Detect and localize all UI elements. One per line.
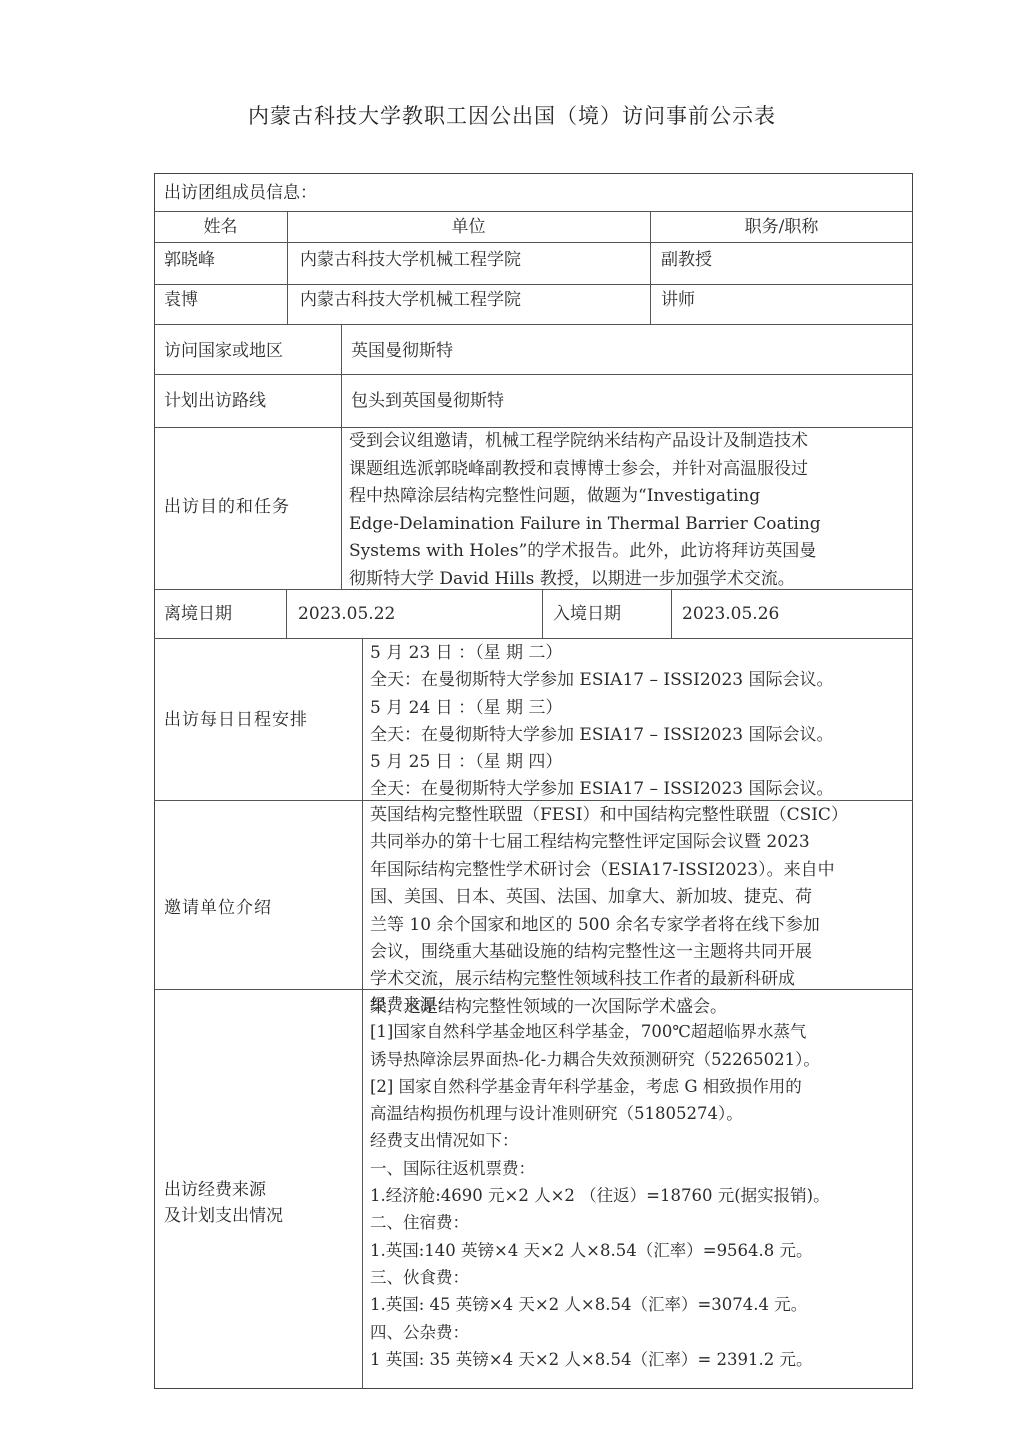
schedule-day: 5 月 24 日 ：（星 期 三）	[370, 695, 910, 722]
schedule-label: 出访每日日程安排	[164, 710, 308, 730]
member-name: 袁博	[164, 290, 198, 310]
purpose-line: 彻斯特大学 David Hills 教授，以期进一步加强学术交流。	[349, 566, 905, 594]
header-name: 姓名	[154, 217, 287, 237]
funding-line: 三、伙食费：	[370, 1264, 910, 1291]
purpose-line: Edge-Delamination Failure in Thermal Bar…	[349, 511, 905, 539]
inviter-line: 英国结构完整性联盟（FESI）和中国结构完整性联盟（CSIC）	[370, 802, 906, 829]
divider	[154, 324, 913, 325]
purpose-line: 课题组选派郭晓峰副教授和袁博博士参会，并针对高温服役过	[349, 456, 905, 484]
schedule-day: 5 月 23 日 ：（星 期 二）	[370, 640, 910, 667]
members-section-label: 出访团组成员信息：	[164, 183, 317, 203]
member-title: 讲师	[661, 290, 695, 310]
funding-line: 高温结构损伤机理与设计准则研究（51805274）。	[370, 1100, 910, 1127]
header-unit: 单位	[287, 217, 650, 237]
divider	[341, 324, 342, 589]
divider	[154, 374, 913, 375]
purpose-line: Systems with Holes”的学术报告。此外，此访将拜访英国曼	[349, 538, 905, 566]
schedule-day: 5 月 25 日 ：（星 期 四）	[370, 749, 910, 776]
divider	[286, 589, 287, 638]
purpose-label: 出访目的和任务	[164, 497, 290, 517]
depart-date-label: 离境日期	[164, 604, 232, 624]
funding-line: 1 英国: 35 英镑×4 天×2 人×8.54（汇率）= 2391.2 元。	[370, 1346, 910, 1373]
funding-line: 经费支出情况如下：	[370, 1127, 910, 1154]
divider	[154, 211, 913, 212]
divider	[154, 638, 913, 639]
member-unit: 内蒙古科技大学机械工程学院	[300, 290, 521, 310]
funding-line: 一、国际往返机票费：	[370, 1155, 910, 1182]
depart-date-value: 2023.05.22	[298, 604, 395, 624]
funding-label-line1: 出访经费来源	[164, 1180, 266, 1200]
funding-line: 二、住宿费：	[370, 1209, 910, 1236]
country-value: 英国曼彻斯特	[351, 341, 453, 361]
return-date-value: 2023.05.26	[682, 604, 779, 624]
header-title: 职务/职称	[650, 217, 913, 237]
purpose-line: 受到会议组邀请，机械工程学院纳米结构产品设计及制造技术	[349, 428, 905, 456]
schedule-activity: 全天：在曼彻斯特大学参加 ESIA17 – ISSI2023 国际会议。	[370, 667, 910, 694]
funding-line: [1]国家自然科学基金地区科学基金，700℃超超临界水蒸气	[370, 1018, 910, 1045]
inviter-line: 共同举办的第十七届工程结构完整性评定国际会议暨 2023	[370, 829, 906, 856]
country-label: 访问国家或地区	[164, 341, 283, 361]
divider	[362, 638, 363, 1389]
route-value: 包头到英国曼彻斯特	[351, 391, 504, 411]
purpose-line: 程中热障涂层结构完整性问题，做题为“Investigating	[349, 483, 905, 511]
funding-line: 1.英国: 45 英镑×4 天×2 人×8.54（汇率）=3074.4 元。	[370, 1291, 910, 1318]
schedule-activity: 全天：在曼彻斯特大学参加 ESIA17 – ISSI2023 国际会议。	[370, 722, 910, 749]
return-date-label: 入境日期	[553, 604, 621, 624]
member-title: 副教授	[661, 250, 712, 270]
funding-line: 四、公杂费：	[370, 1319, 910, 1346]
divider	[154, 284, 913, 285]
route-label: 计划出访路线	[164, 391, 266, 411]
inviter-line: 年国际结构完整性学术研讨会（ESIA17-ISSI2023）。来自中	[370, 857, 906, 884]
inviter-line: 学术交流，展示结构完整性领域科技工作者的最新科研成	[370, 966, 906, 993]
member-name: 郭晓峰	[164, 250, 215, 270]
funding-label-line2: 及计划支出情况	[164, 1206, 283, 1226]
funding-line: [2] 国家自然科学基金青年科学基金，考虑 G 相致损作用的	[370, 1073, 910, 1100]
divider	[154, 242, 913, 243]
schedule-text: 5 月 23 日 ：（星 期 二） 全天：在曼彻斯特大学参加 ESIA17 – …	[370, 640, 910, 804]
inviter-line: 会议，围绕重大基础设施的结构完整性这一主题将共同开展	[370, 939, 906, 966]
inviter-line: 兰等 10 余个国家和地区的 500 余名专家学者将在线下参加	[370, 912, 906, 939]
divider	[671, 589, 672, 638]
funding-line: 1.经济舱:4690 元×2 人×2 （往返）=18760 元(据实报销)。	[370, 1182, 910, 1209]
member-unit: 内蒙古科技大学机械工程学院	[300, 250, 521, 270]
schedule-activity: 全天：在曼彻斯特大学参加 ESIA17 – ISSI2023 国际会议。	[370, 776, 910, 803]
funding-line: 经费来源：	[370, 991, 910, 1018]
purpose-text: 受到会议组邀请，机械工程学院纳米结构产品设计及制造技术 课题组选派郭晓峰副教授和…	[349, 428, 905, 593]
funding-line: 诱导热障涂层界面热-化-力耦合失效预测研究（52265021）。	[370, 1046, 910, 1073]
divider	[542, 589, 543, 638]
inviter-label: 邀请单位介绍	[164, 898, 272, 918]
inviter-line: 国、美国、日本、英国、法国、加拿大、新加坡、捷克、荷	[370, 884, 906, 911]
funding-line: 1.英国:140 英镑×4 天×2 人×8.54（汇率）=9564.8 元。	[370, 1237, 910, 1264]
funding-text: 经费来源： [1]国家自然科学基金地区科学基金，700℃超超临界水蒸气 诱导热障…	[370, 991, 910, 1373]
page-title: 内蒙古科技大学教职工因公出国（境）访问事前公示表	[0, 100, 1024, 130]
inviter-text: 英国结构完整性联盟（FESI）和中国结构完整性联盟（CSIC） 共同举办的第十七…	[370, 802, 906, 1021]
